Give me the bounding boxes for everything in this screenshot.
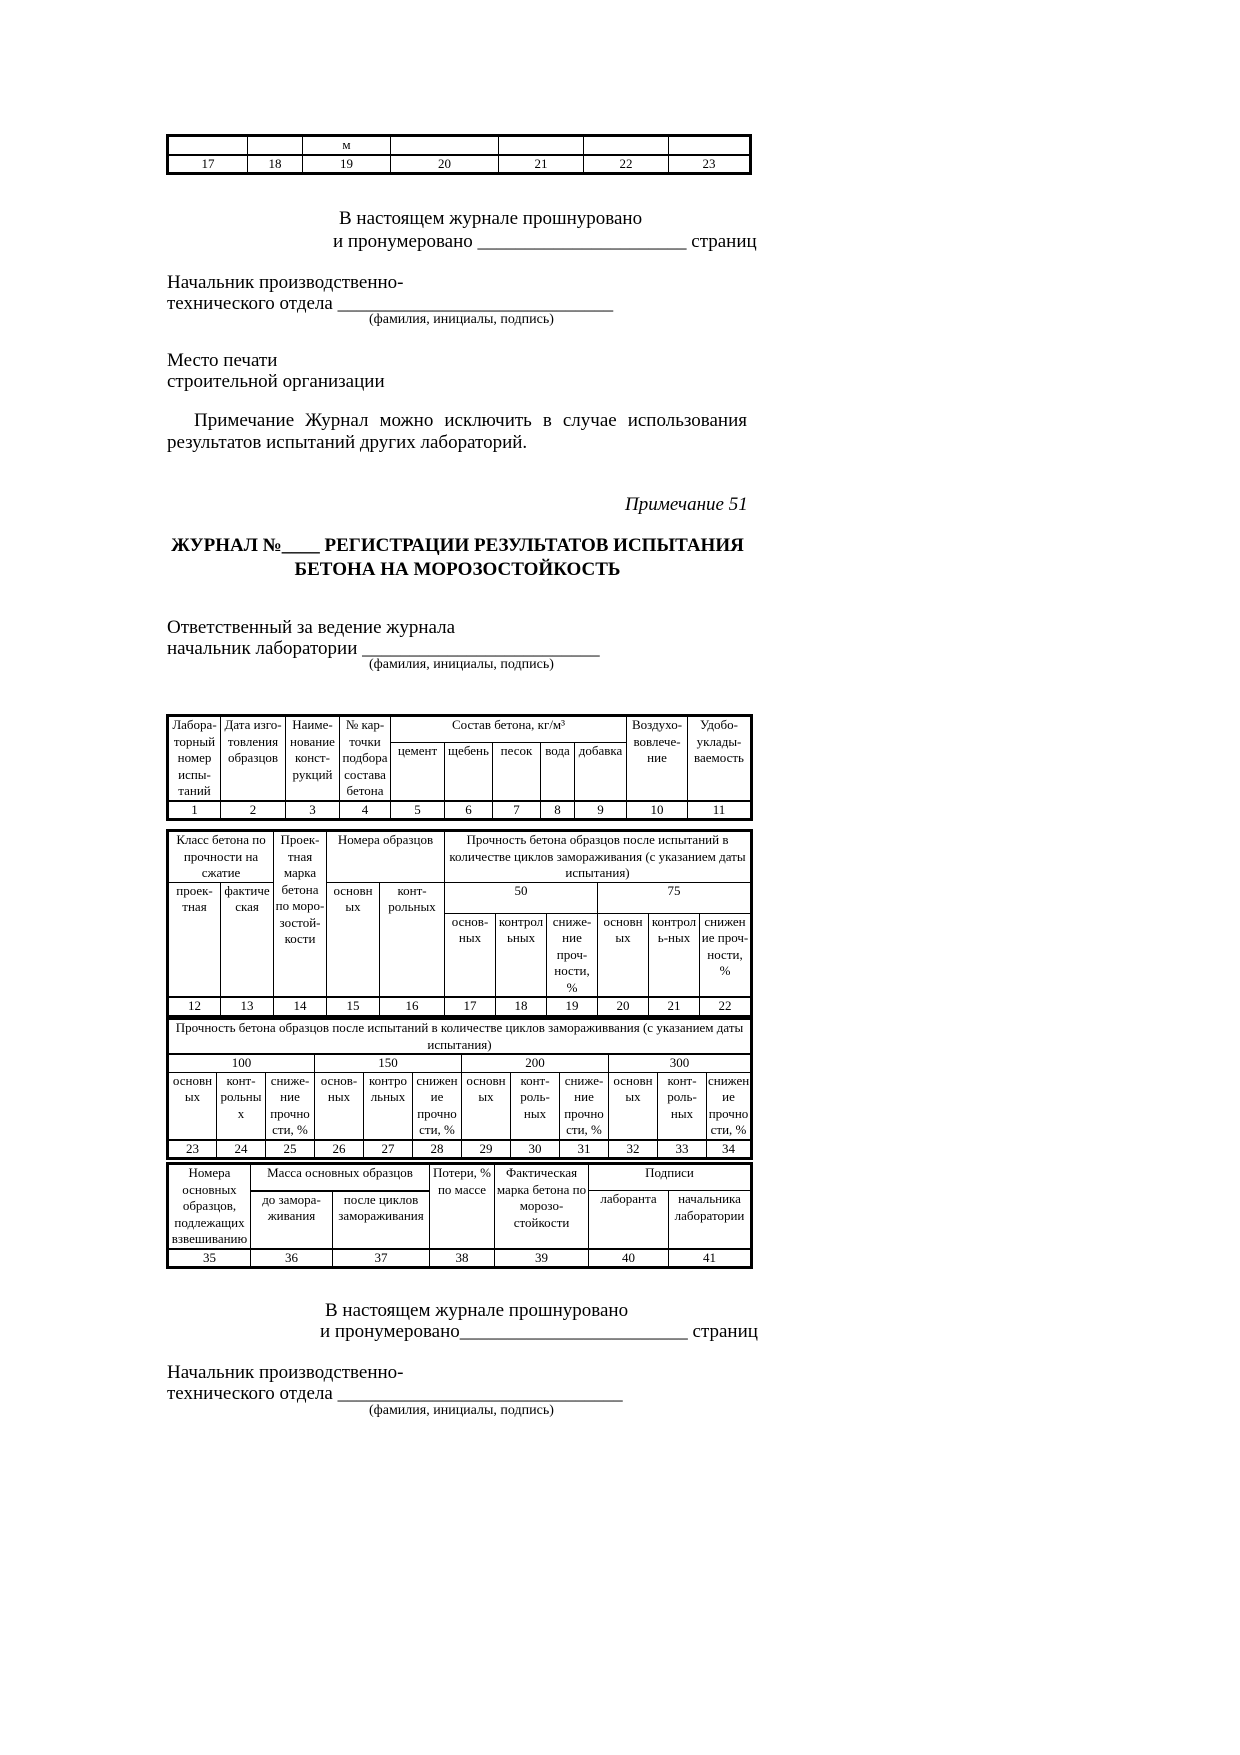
- header-sample-numbers: Номера образцов: [327, 831, 445, 883]
- column-number: 37: [333, 1249, 430, 1268]
- header-actual: фактиче ская: [221, 882, 274, 997]
- header-strength-loss: сниже-ние проч-ности, %: [547, 913, 598, 997]
- top-table-continuation: м 17 18 19 20 21 22 23: [166, 134, 752, 175]
- column-number: 22: [584, 155, 669, 174]
- column-number: 14: [274, 997, 327, 1016]
- header-actual-frost-grade: Фактическая марка бетона по морозо-стойк…: [495, 1164, 589, 1249]
- appendix-label: Примечание 51: [625, 493, 748, 517]
- column-number: 22: [700, 997, 752, 1016]
- column-number: 32: [609, 1140, 658, 1159]
- column-number: 29: [462, 1140, 511, 1159]
- column-number: 21: [499, 155, 584, 174]
- header-control: конт-роль-ных: [511, 1072, 560, 1140]
- signature-hint: (фамилия, инициалы, подпись): [369, 312, 554, 328]
- column-number: 15: [327, 997, 380, 1016]
- column-number: 19: [547, 997, 598, 1016]
- column-number: 33: [658, 1140, 707, 1159]
- column-number: 20: [391, 155, 499, 174]
- header-strength-loss: снижен ие проч-ности, %: [700, 913, 752, 997]
- header-sand: песок: [493, 743, 541, 801]
- header-main: основ-ных: [445, 913, 496, 997]
- column-number: 23: [168, 1140, 217, 1159]
- header-design: проек-тная: [168, 882, 221, 997]
- cell: [391, 136, 499, 155]
- column-number: 41: [669, 1249, 752, 1268]
- column-number: 17: [168, 155, 248, 174]
- column-number: 34: [707, 1140, 752, 1159]
- header-main: основ-ных: [315, 1072, 364, 1140]
- header-lab-technician: лаборанта: [589, 1191, 669, 1249]
- header-mix-card: № кар-точки подбора состава бетона: [340, 716, 391, 801]
- cell: [584, 136, 669, 155]
- header-main-samples: основн ых: [327, 882, 380, 997]
- column-number: 26: [315, 1140, 364, 1159]
- header-strength-after-cycles: Прочность бетона образцов после испытани…: [445, 831, 752, 883]
- header-control: конт-роль-ных: [658, 1072, 707, 1140]
- journal-title: ЖУРНАЛ №____ РЕГИСТРАЦИИ РЕЗУЛЬТАТОВ ИСП…: [160, 534, 755, 582]
- column-number: 40: [589, 1249, 669, 1268]
- column-number: 27: [364, 1140, 413, 1159]
- header-workability: Удобо-уклады-ваемость: [688, 716, 752, 801]
- header-before-freezing: до замора-живания: [251, 1191, 333, 1249]
- header-main: основн ых: [168, 1072, 217, 1140]
- column-number: 17: [445, 997, 496, 1016]
- header-cycles-75: 75: [598, 882, 752, 913]
- header-main: основн ых: [609, 1072, 658, 1140]
- column-number: 18: [248, 155, 303, 174]
- column-number: 25: [266, 1140, 315, 1159]
- cell: [168, 136, 248, 155]
- header-signatures: Подписи: [589, 1164, 752, 1191]
- cell: [669, 136, 751, 155]
- column-number: 20: [598, 997, 649, 1016]
- column-number: 7: [493, 801, 541, 820]
- header-cycles-200: 200: [462, 1054, 609, 1072]
- signature-hint: (фамилия, инициалы, подпись): [369, 657, 554, 673]
- mass-loss-table: Номера основных образцов, подлежащих взв…: [166, 1162, 753, 1269]
- composition-table: Лабора-торный номер испы-таний Дата изго…: [166, 714, 753, 821]
- header-control-samples: конт-рольных: [380, 882, 445, 997]
- header-structure-name: Наиме-нование конст-рукций: [286, 716, 340, 801]
- note-paragraph: Примечание Журнал можно исключить в случ…: [167, 410, 747, 454]
- cell: м: [303, 136, 391, 155]
- header-cycles-50: 50: [445, 882, 598, 913]
- header-strength-class: Класс бетона по прочности на сжатие: [168, 831, 274, 883]
- header-strength-loss: снижен ие прочно сти, %: [707, 1072, 752, 1140]
- column-number: 38: [430, 1249, 495, 1268]
- header-lab-head: начальника лаборатории: [669, 1191, 752, 1249]
- header-control: конт-рольны х: [217, 1072, 266, 1140]
- column-number: 18: [496, 997, 547, 1016]
- journal-title-line2: БЕТОНА НА МОРОЗОСТОЙКОСТЬ: [160, 558, 755, 582]
- column-number: 2: [221, 801, 286, 820]
- cell: [499, 136, 584, 155]
- column-number: 21: [649, 997, 700, 1016]
- header-cycles-100: 100: [168, 1054, 315, 1072]
- header-manufacture-date: Дата изго-товления образцов: [221, 716, 286, 801]
- header-cycles-300: 300: [609, 1054, 752, 1072]
- header-main-sample-mass: Масса основных образцов: [251, 1164, 430, 1191]
- header-strength-loss: сниже-ние прочно сти, %: [560, 1072, 609, 1140]
- header-strength-after-cycles: Прочность бетона образцов после испытани…: [168, 1019, 752, 1055]
- column-number: 36: [251, 1249, 333, 1268]
- column-number: 28: [413, 1140, 462, 1159]
- header-weighed-samples: Номера основных образцов, подлежащих взв…: [168, 1164, 251, 1249]
- header-cement: цемент: [391, 743, 445, 801]
- column-number: 39: [495, 1249, 589, 1268]
- header-strength-loss: сниже-ние прочно сти, %: [266, 1072, 315, 1140]
- header-main: основн ых: [598, 913, 649, 997]
- frost-test-table-50-75: Класс бетона по прочности на сжатие Прое…: [166, 829, 753, 1018]
- column-number: 16: [380, 997, 445, 1016]
- column-number: 23: [669, 155, 751, 174]
- column-number: 35: [168, 1249, 251, 1268]
- cell: [248, 136, 303, 155]
- header-cycles-150: 150: [315, 1054, 462, 1072]
- column-number: 11: [688, 801, 752, 820]
- column-number: 8: [541, 801, 575, 820]
- header-mass-loss: Потери, % по массе: [430, 1164, 495, 1249]
- header-design-frost-grade: Проек-тная марка бетона по моро-зостой-к…: [274, 831, 327, 998]
- column-number: 12: [168, 997, 221, 1016]
- column-number: 6: [445, 801, 493, 820]
- column-number: 31: [560, 1140, 609, 1159]
- column-number: 1: [168, 801, 221, 820]
- header-strength-loss: снижен ие прочно сти, %: [413, 1072, 462, 1140]
- column-number: 19: [303, 155, 391, 174]
- column-number: 5: [391, 801, 445, 820]
- frost-test-table-100-300: Прочность бетона образцов после испытани…: [166, 1017, 753, 1160]
- binding-statement-line2: и пронумеровано________________________ …: [320, 1320, 758, 1344]
- header-air-entrainment: Воздухо-вовлече-ние: [627, 716, 688, 801]
- column-number: 3: [286, 801, 340, 820]
- seal-label-line2: строительной организации: [167, 370, 385, 394]
- header-additive: добавка: [575, 743, 627, 801]
- header-lab-number: Лабора-торный номер испы-таний: [168, 716, 221, 801]
- header-water: вода: [541, 743, 575, 801]
- binding-statement-line1: В настоящем журнале прошнуровано: [339, 207, 642, 231]
- header-gravel: щебень: [445, 743, 493, 801]
- column-number: 13: [221, 997, 274, 1016]
- header-composition: Состав бетона, кг/м³: [391, 716, 627, 743]
- header-control: контрол ь-ных: [649, 913, 700, 997]
- column-number: 24: [217, 1140, 266, 1159]
- header-control: контро льных: [364, 1072, 413, 1140]
- header-control: контрол ьных: [496, 913, 547, 997]
- column-number: 9: [575, 801, 627, 820]
- header-after-freezing: после циклов замораживания: [333, 1191, 430, 1249]
- column-number: 10: [627, 801, 688, 820]
- column-number: 30: [511, 1140, 560, 1159]
- journal-title-line1: ЖУРНАЛ №____ РЕГИСТРАЦИИ РЕЗУЛЬТАТОВ ИСП…: [160, 534, 755, 558]
- header-main: основн ых: [462, 1072, 511, 1140]
- binding-statement-line2: и пронумеровано ______________________ с…: [333, 230, 757, 254]
- column-number: 4: [340, 801, 391, 820]
- signature-hint: (фамилия, инициалы, подпись): [369, 1403, 554, 1419]
